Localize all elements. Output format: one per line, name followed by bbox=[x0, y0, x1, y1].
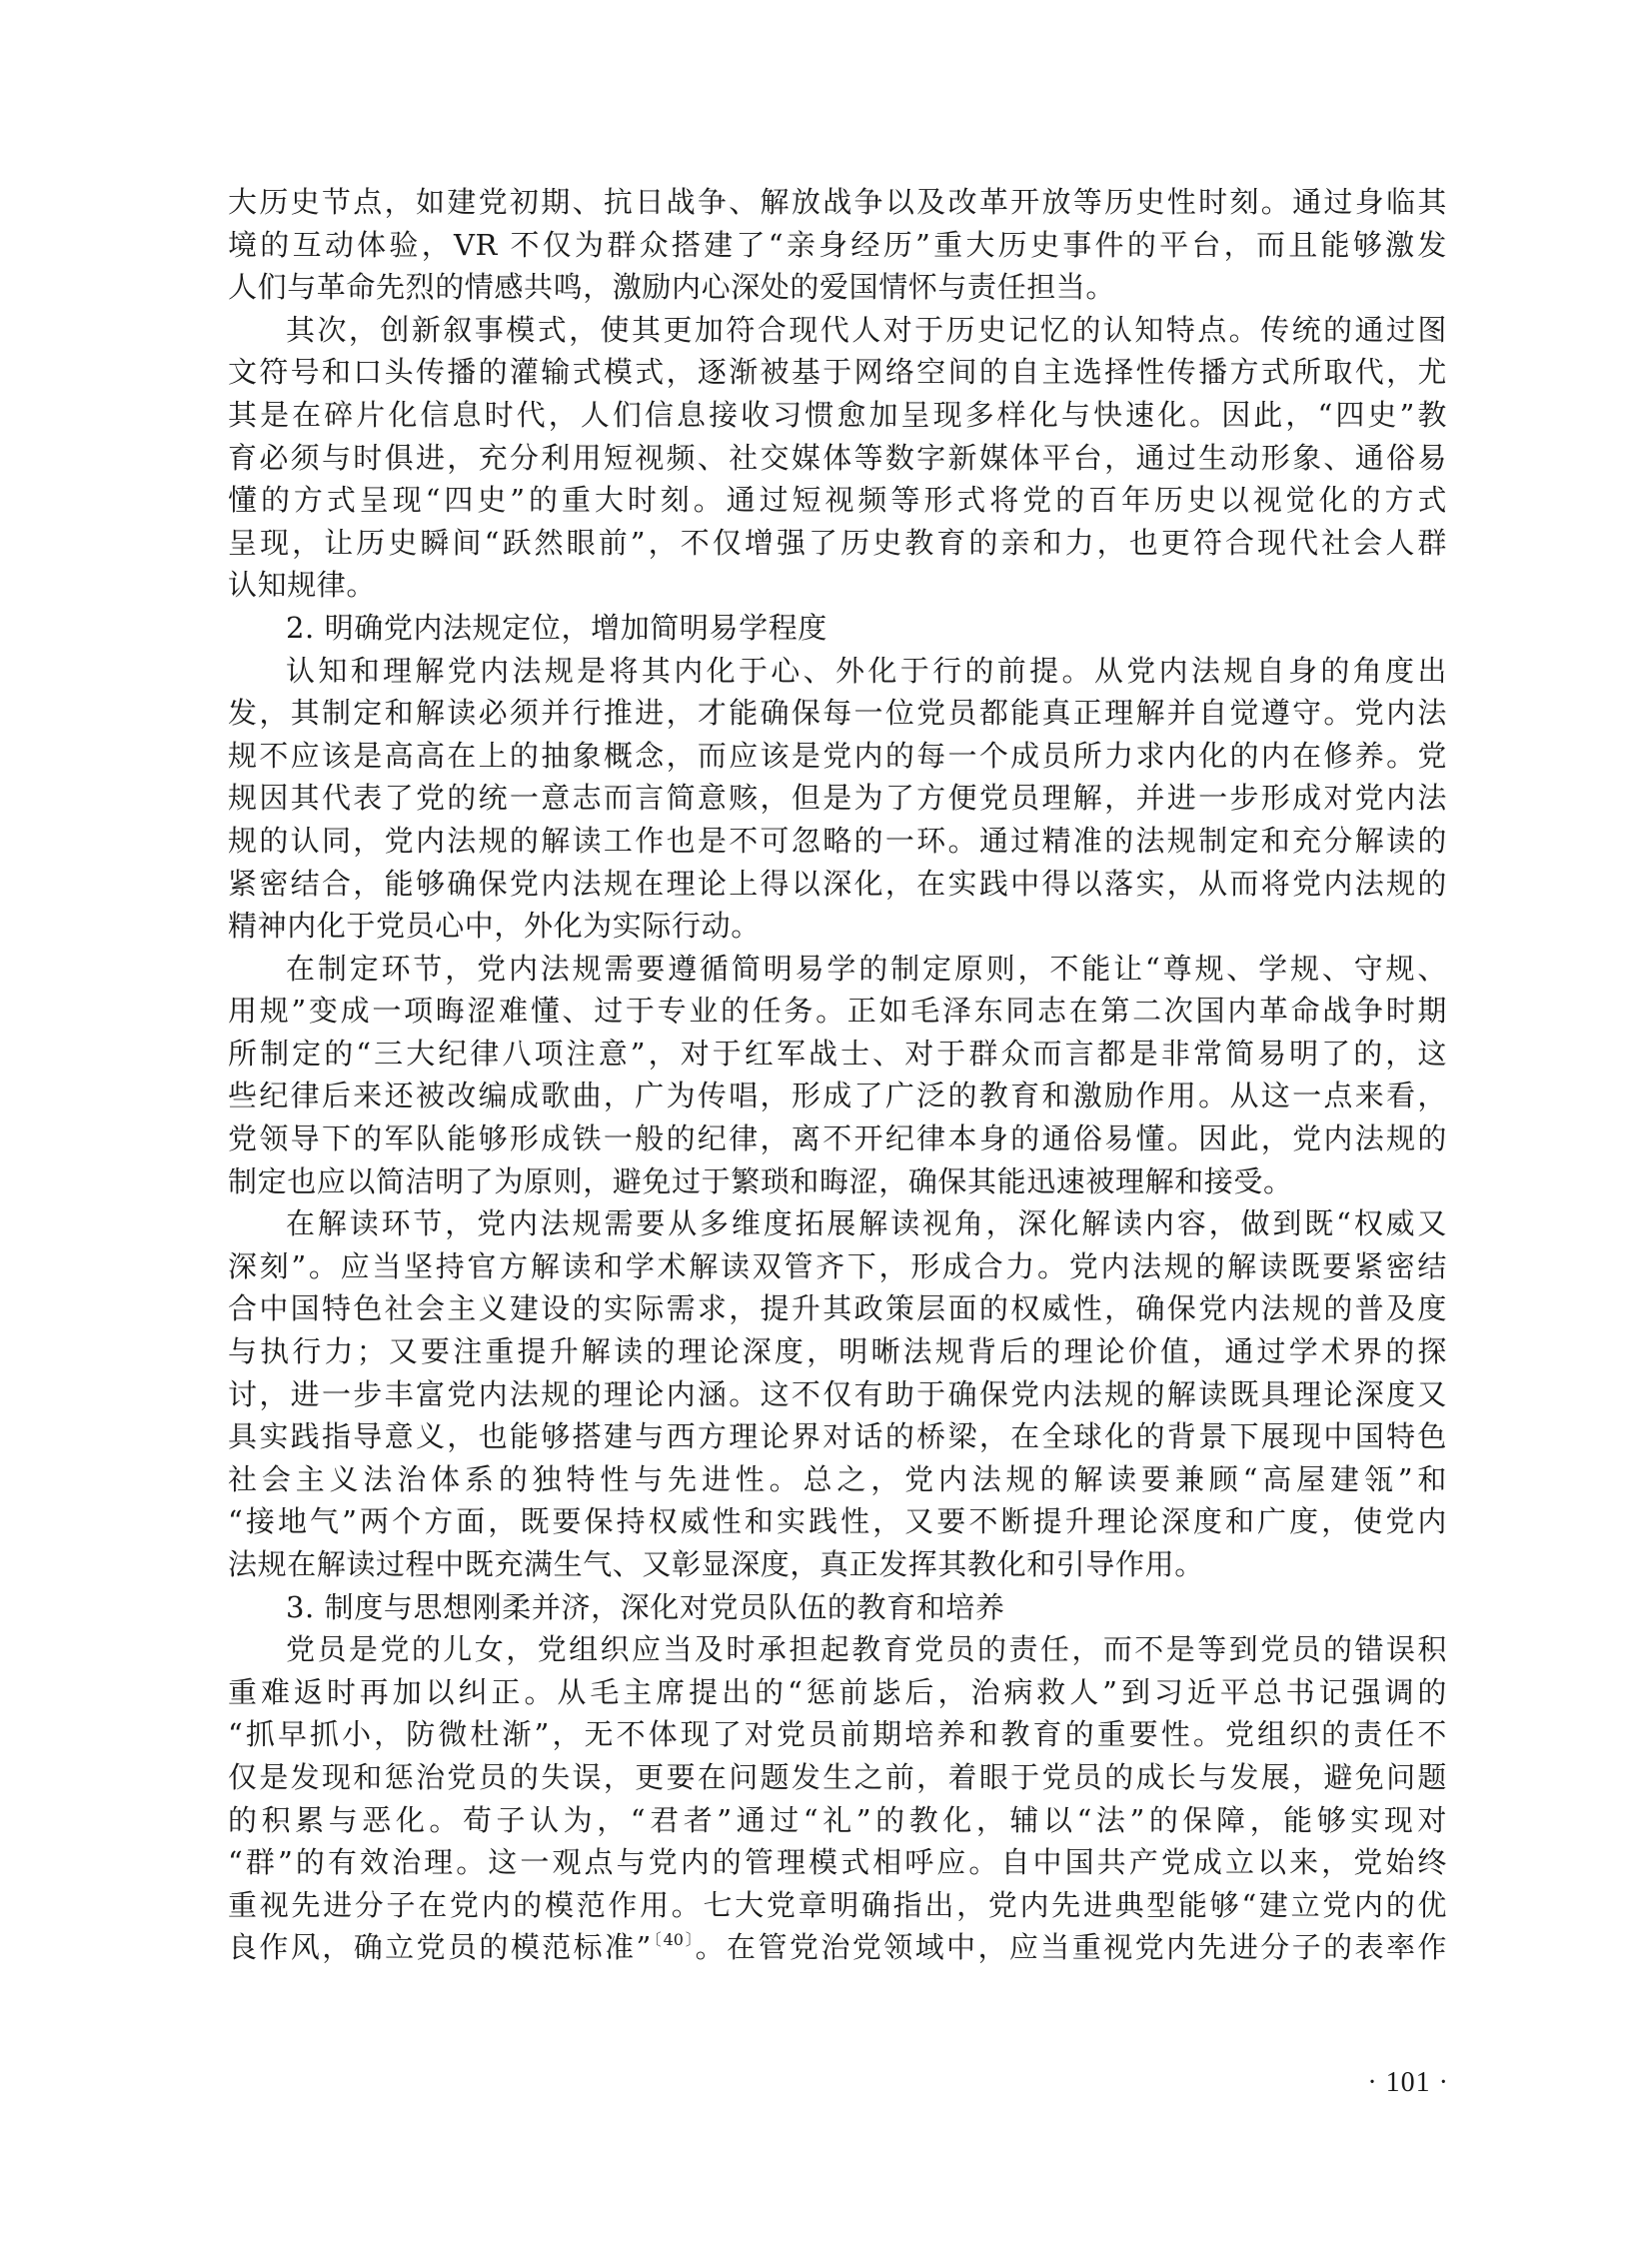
text-line: 呈现，让历史瞬间“跃然眼前”，不仅增强了历史教育的亲和力，也更符合现代社会人群 bbox=[228, 522, 1447, 565]
text-line: “抓早抓小，防微杜渐”，无不体现了对党员前期培养和教育的重要性。党组织的责任不 bbox=[228, 1713, 1447, 1756]
text-line: 懂的方式呈现“四史”的重大时刻。通过短视频等形式将党的百年历史以视觉化的方式 bbox=[228, 479, 1447, 522]
text-line-with-citation: 良作风，确立党员的模范标准”〔40〕。在管党治党领域中，应当重视党内先进分子的表… bbox=[228, 1926, 1447, 1969]
text-line: 的积累与恶化。荀子认为，“君者”通过“礼”的教化，辅以“法”的保障，能够实现对 bbox=[228, 1799, 1447, 1842]
text-line: 党领导下的军队能够形成铁一般的纪律，离不开纪律本身的通俗易懂。因此，党内法规的 bbox=[228, 1118, 1447, 1160]
text-line: 其次，创新叙事模式，使其更加符合现代人对于历史记忆的认知特点。传统的通过图 bbox=[228, 309, 1447, 352]
text-line: 些纪律后来还被改编成歌曲，广为传唱，形成了广泛的教育和激励作用。从这一点来看， bbox=[228, 1075, 1447, 1118]
document-body: 大历史节点，如建党初期、抗日战争、解放战争以及改革开放等历史性时刻。通过身临其境… bbox=[228, 181, 1447, 1969]
text-line: 精神内化于党员心中，外化为实际行动。 bbox=[228, 905, 1447, 948]
text-segment: 。在管党治党领域中，应当重视党内先进分子的表率作 bbox=[696, 1930, 1447, 1964]
text-line: 人们与革命先烈的情感共鸣，激励内心深处的爱国情怀与责任担当。 bbox=[228, 266, 1447, 309]
text-line: “群”的有效治理。这一观点与党内的管理模式相呼应。自中国共产党成立以来，党始终 bbox=[228, 1841, 1447, 1884]
text-line: 重视先进分子在党内的模范作用。七大党章明确指出，党内先进典型能够“建立党内的优 bbox=[228, 1884, 1447, 1927]
text-line: 讨，进一步丰富党内法规的理论内涵。这不仅有助于确保党内法规的解读既具理论深度又 bbox=[228, 1373, 1447, 1416]
page-number: · 101 · bbox=[1339, 2067, 1449, 2099]
text-line: 仅是发现和惩治党员的失误，更要在问题发生之前，着眼于党员的成长与发展，避免问题 bbox=[228, 1756, 1447, 1799]
text-line: 重难返时再加以纠正。从毛主席提出的“惩前毖后，治病救人”到习近平总书记强调的 bbox=[228, 1671, 1447, 1714]
citation-reference[interactable]: 〔40〕 bbox=[652, 1930, 696, 1949]
text-line: 规的认同，党内法规的解读工作也是不可忽略的一环。通过精准的法规制定和充分解读的 bbox=[228, 820, 1447, 863]
text-line: 深刻”。应当坚持官方解读和学术解读双管齐下，形成合力。党内法规的解读既要紧密结 bbox=[228, 1245, 1447, 1288]
text-line: 境的互动体验，VR 不仅为群众搭建了“亲身经历”重大历史事件的平台，而且能够激发 bbox=[228, 224, 1447, 267]
text-line: 3. 制度与思想刚柔并济，深化对党员队伍的教育和培养 bbox=[228, 1586, 1447, 1629]
text-line: 大历史节点，如建党初期、抗日战争、解放战争以及改革开放等历史性时刻。通过身临其 bbox=[228, 181, 1447, 224]
text-line: 认知和理解党内法规是将其内化于心、外化于行的前提。从党内法规自身的角度出 bbox=[228, 650, 1447, 693]
text-line: 认知规律。 bbox=[228, 564, 1447, 607]
text-line: 紧密结合，能够确保党内法规在理论上得以深化，在实践中得以落实，从而将党内法规的 bbox=[228, 863, 1447, 906]
text-line: 规因其代表了党的统一意志而言简意赅，但是为了方便党员理解，并进一步形成对党内法 bbox=[228, 777, 1447, 820]
text-line: 在制定环节，党内法规需要遵循简明易学的制定原则，不能让“尊规、学规、守规、 bbox=[228, 948, 1447, 991]
text-line: 法规在解读过程中既充满生气、又彰显深度，真正发挥其教化和引导作用。 bbox=[228, 1543, 1447, 1586]
text-line: 文符号和口头传播的灌输式模式，逐渐被基于网络空间的自主选择性传播方式所取代，尤 bbox=[228, 351, 1447, 394]
text-line: 所制定的“三大纪律八项注意”，对于红军战士、对于群众而言都是非常简易明了的，这 bbox=[228, 1033, 1447, 1076]
text-line: 规不应该是高高在上的抽象概念，而应该是党内的每一个成员所力求内化的内在修养。党 bbox=[228, 735, 1447, 778]
text-line: 2. 明确党内法规定位，增加简明易学程度 bbox=[228, 607, 1447, 650]
text-line: 在解读环节，党内法规需要从多维度拓展解读视角，深化解读内容，做到既“权威又 bbox=[228, 1202, 1447, 1245]
text-line: 与执行力；又要注重提升解读的理论深度，明晰法规背后的理论价值，通过学术界的探 bbox=[228, 1330, 1447, 1373]
text-line: 用规”变成一项晦涩难懂、过于专业的任务。正如毛泽东同志在第二次国内革命战争时期 bbox=[228, 990, 1447, 1033]
text-line: 发，其制定和解读必须并行推进，才能确保每一位党员都能真正理解并自觉遵守。党内法 bbox=[228, 692, 1447, 735]
text-segment: 良作风，确立党员的模范标准” bbox=[228, 1930, 652, 1964]
text-line: 社会主义法治体系的独特性与先进性。总之，党内法规的解读要兼顾“高屋建瓴”和 bbox=[228, 1458, 1447, 1501]
text-line: 党员是党的儿女，党组织应当及时承担起教育党员的责任，而不是等到党员的错误积 bbox=[228, 1628, 1447, 1671]
text-line: 育必须与时俱进，充分利用短视频、社交媒体等数字新媒体平台，通过生动形象、通俗易 bbox=[228, 437, 1447, 480]
text-line: 其是在碎片化信息时代，人们信息接收习惯愈加呈现多样化与快速化。因此，“四史”教 bbox=[228, 394, 1447, 437]
text-line: 制定也应以简洁明了为原则，避免过于繁琐和晦涩，确保其能迅速被理解和接受。 bbox=[228, 1160, 1447, 1203]
text-line: 合中国特色社会主义建设的实际需求，提升其政策层面的权威性，确保党内法规的普及度 bbox=[228, 1287, 1447, 1330]
text-line: 具实践指导意义，也能够搭建与西方理论界对话的桥梁，在全球化的背景下展现中国特色 bbox=[228, 1415, 1447, 1458]
text-line: “接地气”两个方面，既要保持权威性和实践性，又要不断提升理论深度和广度，使党内 bbox=[228, 1500, 1447, 1543]
